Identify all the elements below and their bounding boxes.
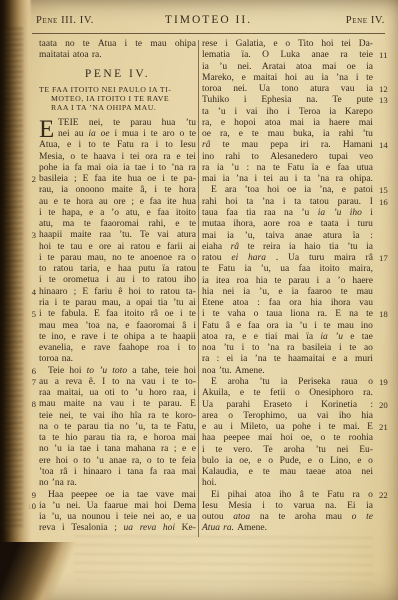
- line-text: TEIEnei,teparauhua’tu: [58, 118, 196, 129]
- word: na: [93, 399, 102, 410]
- word: pepa: [270, 140, 288, 151]
- word: mai: [202, 231, 216, 242]
- word: ’u,: [51, 512, 61, 523]
- word: â: [182, 321, 186, 332]
- word: na,: [107, 321, 118, 332]
- word: o: [268, 456, 273, 467]
- word: te: [366, 309, 373, 320]
- word: area: [202, 411, 218, 422]
- text-line: raia’u:nateFatuïaefaautua: [202, 163, 392, 174]
- line-text: haapiimaiteraa’tu.Tevaiatura: [39, 230, 196, 241]
- word: ra.: [67, 478, 77, 489]
- running-head-title: TIMOTEO II.: [165, 14, 252, 26]
- word: i: [162, 174, 165, 185]
- line-text: toroanei.Uatonoaturavauia: [202, 84, 373, 95]
- word: i: [132, 399, 135, 410]
- word: te: [341, 287, 348, 298]
- word: lematia: [202, 50, 230, 61]
- word: :: [257, 298, 260, 309]
- column-divider: [198, 40, 199, 537]
- word: ara: [225, 185, 237, 196]
- word: hoi.: [202, 478, 217, 489]
- word: ra,: [220, 129, 230, 140]
- word: i: [62, 523, 65, 534]
- line-text: eauiMileto,uapoheitemai.E: [202, 422, 373, 433]
- text-line: noa’tuito’narabasileiaiteao: [202, 343, 392, 354]
- word: ia: [241, 354, 248, 365]
- word: te: [216, 445, 223, 456]
- word: noa: [202, 366, 216, 377]
- word: au: [305, 73, 314, 84]
- line-text: itehapa,ea’oatu,efaaitoito: [39, 208, 196, 219]
- word: ’u: [219, 62, 227, 73]
- word: feia: [182, 456, 196, 467]
- chapter-body: ETEIEnei,teparauhua’tuneiauiaoeimuaitear…: [24, 118, 196, 535]
- word: parau: [288, 276, 309, 287]
- word: ma: [63, 219, 75, 230]
- word: faa: [269, 298, 281, 309]
- text-line: maiia’u,taivaanaeaturaïa:: [202, 231, 392, 242]
- word: te: [274, 354, 281, 365]
- line-text: auarevaê.Itonavauiteto-: [39, 377, 196, 388]
- text-line: 10ia’unei.UafaaruemaihoiDema: [24, 501, 196, 512]
- verse-number-empty: [373, 467, 392, 478]
- word: hoi: [321, 39, 333, 50]
- word: faarue: [104, 501, 128, 512]
- word: ia: [122, 490, 129, 501]
- word: te: [162, 411, 169, 422]
- line-text: itevahaotaualionara.Enate: [202, 309, 373, 320]
- word: e: [54, 197, 58, 208]
- word: mai: [258, 433, 272, 444]
- word: te: [349, 343, 356, 354]
- word: parau.: [158, 399, 181, 410]
- word: ia: [286, 321, 293, 332]
- word: ore: [99, 242, 111, 253]
- word: na: [39, 422, 48, 433]
- text-line: ratoueihara.Uaturumairarâ17: [202, 253, 392, 264]
- word: te: [312, 490, 319, 501]
- text-line: ia’u,uanounouiteieneiao,eua: [24, 512, 196, 523]
- word: tahe,: [142, 366, 160, 377]
- word: o: [352, 512, 357, 523]
- word: ua: [280, 264, 289, 275]
- text-line: ia’unei.Arataiatoamaioeia: [202, 62, 392, 73]
- verse-number: 15: [373, 185, 392, 196]
- verse-number-empty: [373, 433, 392, 444]
- word: ora: [145, 152, 157, 163]
- word: â: [300, 490, 304, 501]
- word: oe: [165, 309, 174, 320]
- word: a: [132, 366, 136, 377]
- word: o: [319, 456, 324, 467]
- verse-number-empty: [373, 388, 392, 399]
- header-rule: [32, 33, 385, 34]
- summary-line: RAA I TA ’NA OHIPA MAU.: [24, 103, 196, 112]
- word: raa,: [173, 388, 187, 399]
- word: itea: [216, 276, 230, 287]
- text-line: eauiMileto,uapoheitemai.E21: [202, 422, 392, 433]
- text-line: atoara,eetiaimaiïaia’uetae: [202, 332, 392, 343]
- word: hora: [76, 197, 93, 208]
- word: parau: [84, 433, 105, 444]
- word: o: [179, 129, 184, 140]
- word: ra: [148, 411, 155, 422]
- word: Akuila,: [202, 388, 230, 399]
- text-line: tatehioparautiara,ehoroamai: [24, 433, 196, 444]
- word: haamaitai: [288, 354, 325, 365]
- word: i: [230, 422, 233, 433]
- word: turu: [309, 253, 324, 264]
- word: to: [121, 388, 128, 399]
- word: vai: [157, 230, 169, 241]
- word: i: [118, 467, 121, 478]
- word: haapii: [173, 332, 196, 343]
- verse-number-empty: [373, 152, 392, 163]
- word: E: [82, 287, 88, 298]
- text-line: itehapa,ea’oatu,efaaitoito: [24, 208, 196, 219]
- word: E: [335, 309, 341, 320]
- word: e: [125, 321, 129, 332]
- verse-number-empty: [373, 264, 392, 275]
- word: e: [72, 332, 76, 343]
- text-line: eiaharâtereiraiahaiotia’tuia: [202, 242, 392, 253]
- text-line: areaoTerophimo,uavaiihohia: [202, 411, 392, 422]
- word: i: [39, 208, 42, 219]
- word: ihora,: [233, 219, 255, 230]
- line-text: Mesia,otehaavaiteioraraetei: [39, 152, 196, 163]
- word: faa: [226, 208, 238, 219]
- line-text: naoteparautiano’u,tateFatu,: [39, 422, 196, 433]
- word: te: [65, 422, 72, 433]
- line-text: haapeepeemaihoioe,oteroohia: [202, 433, 373, 444]
- summary-line: MOTEO, IA ITOITO I TE RAVE: [24, 94, 196, 103]
- word: ’tu: [259, 377, 269, 388]
- line-text: Kalaudia,etemautaeaeatoanei: [202, 467, 373, 478]
- text-line: TuhikoiEphesiana.Tepute13: [202, 95, 392, 106]
- verse-number-empty: [373, 231, 392, 242]
- text-line: 7auarevaê.Itonavauiteto-: [24, 377, 196, 388]
- showthrough-texture: [74, 535, 373, 583]
- word: maitai,: [57, 388, 83, 399]
- word: au: [279, 174, 288, 185]
- word: ’tu: [186, 118, 196, 129]
- word: haa: [118, 264, 131, 275]
- word: ra: [178, 253, 185, 264]
- verse-number: 20: [373, 400, 392, 411]
- word: haere: [352, 276, 373, 287]
- word: ua: [187, 512, 196, 523]
- page: Pene III. IV. TIMOTEO II. Pene IV. taata…: [24, 0, 393, 600]
- line-text: buloiaoe,eoPude,eoLino,eo: [202, 456, 373, 467]
- line-text: teino,eraveiteohipaatehaapii: [39, 332, 196, 343]
- word: i: [55, 298, 58, 309]
- word: ra: [202, 163, 209, 174]
- word: faahope: [119, 343, 149, 354]
- line-text: tatehioparautiara,ehoroamai: [39, 433, 196, 444]
- word: e: [89, 208, 93, 219]
- verse-number: 18: [373, 309, 392, 320]
- word: tia: [111, 433, 121, 444]
- word: ’na: [267, 343, 279, 354]
- word: e: [89, 242, 93, 253]
- word: ino: [202, 152, 214, 163]
- word: e: [242, 73, 246, 84]
- word: ra: [340, 50, 347, 61]
- word: noa: [202, 343, 216, 354]
- line-text: oera,etemaubuka,iarahi’tu: [202, 129, 373, 140]
- word: e: [182, 444, 186, 455]
- word: fa: [74, 163, 81, 174]
- word: ’u,: [261, 264, 271, 275]
- word: na.: [325, 501, 336, 512]
- line-text: revaiTesalonia;uarevahoiKe-: [39, 523, 196, 534]
- line-text: evanelia,eravefaahoperoaito: [39, 343, 196, 354]
- word: o: [254, 309, 259, 320]
- text-line: oera,etemaubuka,iarahi’tu: [202, 129, 392, 140]
- word: to: [112, 377, 119, 388]
- text-line: atu,matefaaoromairahi,ete: [24, 219, 196, 230]
- word: hoi: [226, 197, 238, 208]
- line-text: maiia’naiteiauita’naraohipa.: [202, 174, 373, 185]
- word: Amene.: [235, 366, 265, 377]
- word: Fatu: [287, 163, 304, 174]
- word: to: [83, 456, 90, 467]
- word: hoi: [39, 242, 51, 253]
- word: te: [366, 73, 373, 84]
- line-text: neiauiaoeimuaitearoote: [58, 129, 196, 140]
- text-line: toratoutaria,ehaaputuïaratou: [24, 264, 196, 275]
- word: mai: [285, 332, 299, 343]
- word: hua: [182, 197, 196, 208]
- word: pohe: [292, 422, 310, 433]
- word: aro: [162, 129, 174, 140]
- line-text: ia’u,uanounouiteieneiao,eua: [39, 512, 196, 523]
- word: a: [100, 208, 104, 219]
- word: ratou: [131, 242, 151, 253]
- word: vero.: [233, 445, 252, 456]
- text-columns: taatanoteAtuaitemauohipamaitataiatoara.P…: [24, 39, 393, 537]
- word: ra,: [127, 433, 137, 444]
- verse-number-empty: [373, 445, 392, 456]
- word: to: [39, 264, 46, 275]
- word: ’o: [111, 208, 119, 219]
- word: te: [223, 140, 230, 151]
- word: hio: [65, 433, 77, 444]
- word: te: [170, 456, 177, 467]
- line-text: TuhikoiEphesiana.Tepute: [202, 95, 373, 106]
- word: ia: [292, 287, 299, 298]
- word: ai: [117, 242, 124, 253]
- word: hoi: [267, 185, 279, 196]
- word: Fatu: [218, 264, 235, 275]
- word: ratou: [54, 264, 74, 275]
- word: ra.: [92, 50, 102, 61]
- word: nei.: [66, 501, 80, 512]
- word: Luka: [280, 50, 300, 61]
- word: mai: [202, 174, 216, 185]
- text-line: taatanoteAtuaitemauohipa: [24, 39, 196, 50]
- word: ia: [329, 107, 336, 118]
- text-line: 3haapiimaiteraa’tu.Tevaiatura: [24, 230, 196, 241]
- word: nounou: [82, 512, 111, 523]
- line-text: ra,ehopoiatoamaiiahaeremai: [202, 118, 373, 129]
- word: ei: [231, 253, 238, 264]
- word: mai: [290, 118, 304, 129]
- line-text: noa’tu.Amene.: [202, 366, 373, 377]
- word: vave: [156, 490, 174, 501]
- word: ia: [202, 276, 209, 287]
- word: te: [254, 388, 261, 399]
- word: hoi: [129, 287, 141, 298]
- text-line: Akuila,etefetiioOnesiphorora.: [202, 388, 392, 399]
- word: ao: [364, 343, 373, 354]
- word: reira: [263, 242, 280, 253]
- word: ra: [336, 174, 343, 185]
- word: e: [350, 332, 354, 343]
- line-text: iteorometuaiauitoratouiho: [39, 275, 196, 286]
- word: iho: [279, 490, 291, 501]
- line-text: inorahitoAlesanederotupaiveo: [202, 152, 373, 163]
- word: ’u: [218, 107, 226, 118]
- line-text: Earoha’tuiaPerisekarauao: [202, 377, 373, 388]
- word: i: [96, 444, 99, 455]
- word: i: [122, 152, 125, 163]
- word: te: [273, 163, 280, 174]
- text-line: itevero.Tearoha’tuneiEu-: [202, 445, 392, 456]
- line-text: mutaaihora,aoreroaetaataituru: [202, 219, 373, 230]
- word: ’u: [96, 456, 104, 467]
- word: oti: [105, 388, 115, 399]
- word: i: [242, 343, 245, 354]
- word: haava: [94, 152, 116, 163]
- word: ria: [39, 298, 49, 309]
- word: Korinetia: [321, 400, 357, 411]
- word: e: [278, 287, 282, 298]
- word: O: [262, 50, 269, 61]
- word: Iesu: [180, 140, 196, 151]
- text-line: 5itefabula.Efaaitoitorâoeite: [24, 309, 196, 320]
- word: te: [329, 422, 336, 433]
- word: itoito: [320, 264, 340, 275]
- word: ora: [267, 321, 279, 332]
- word: evanelia,: [39, 343, 73, 354]
- verse-number-empty: [373, 242, 392, 253]
- word: haere: [329, 118, 350, 129]
- word: o: [147, 456, 152, 467]
- word: te: [57, 242, 64, 253]
- line-text: raia’u:nateFatuïaefaautua: [202, 163, 373, 174]
- word: basileia: [302, 343, 331, 354]
- word: ite: [167, 197, 177, 208]
- word: e: [177, 512, 181, 523]
- text-line: maumea’toana,efaaoromaiâi: [24, 321, 196, 332]
- word: mai: [182, 467, 196, 478]
- running-head: Pene III. IV. TIMOTEO II. Pene IV.: [24, 15, 393, 29]
- word: taua: [266, 309, 282, 320]
- word: ’na: [336, 73, 348, 84]
- line-text: ta’uivaiihoiTeroaiaKarepo: [202, 107, 373, 118]
- word: vai: [317, 411, 329, 422]
- word: Onesiphoro: [309, 388, 353, 399]
- word: Ephesia: [261, 95, 291, 106]
- word: ’u,: [259, 287, 269, 298]
- line-text: Atua,eitoteFaturaitoIesu: [39, 140, 196, 151]
- word: ratou: [160, 287, 180, 298]
- word: rahi,: [148, 219, 165, 230]
- verse-number-empty: [373, 118, 392, 129]
- word: ratou: [176, 264, 196, 275]
- word: te: [263, 467, 270, 478]
- word: Ua: [259, 84, 270, 95]
- verse-number-empty: [373, 354, 392, 365]
- word: tae: [137, 490, 148, 501]
- word: a: [326, 276, 330, 287]
- word: Pude,: [280, 456, 301, 467]
- word: raa: [99, 230, 111, 241]
- word: ia: [88, 129, 95, 140]
- word: turu: [358, 219, 373, 230]
- word: tatou: [310, 197, 329, 208]
- text-line: lematiaïa.OLukaanaerateie11: [202, 50, 392, 61]
- word: rave: [94, 343, 110, 354]
- word: roohia: [349, 433, 373, 444]
- word: ia: [320, 332, 327, 343]
- word: to: [88, 140, 95, 151]
- word: tana: [105, 444, 121, 455]
- word: Teroa: [299, 107, 321, 118]
- word: pohe: [39, 163, 57, 174]
- word: mai: [359, 118, 373, 129]
- word: ê.: [89, 377, 96, 388]
- line-text: tauafaatiaraana’uia’uihoi: [202, 208, 373, 219]
- word: o: [295, 388, 300, 399]
- text-line: naoteparautiano’u,tateFatu,: [24, 422, 196, 433]
- line-text: itefabula.Efaaitoitorâoeite: [39, 309, 196, 320]
- word: au: [39, 197, 48, 208]
- word: ’tu: [173, 298, 183, 309]
- word: ra: [287, 343, 294, 354]
- word: râ: [151, 309, 158, 320]
- word: Karepo: [345, 107, 373, 118]
- word: Tito: [298, 39, 314, 50]
- word: tau: [71, 242, 83, 253]
- verse-number-empty: [373, 39, 392, 50]
- word: ia: [323, 129, 330, 140]
- word: buka,: [293, 129, 314, 140]
- word: tae: [80, 444, 91, 455]
- word: pa-: [184, 174, 196, 185]
- word: ia: [217, 163, 224, 174]
- word: hoi: [163, 523, 175, 534]
- word: maitatai: [39, 50, 70, 61]
- word: te: [135, 39, 142, 50]
- word: i: [202, 445, 205, 456]
- word: itoito: [176, 208, 196, 219]
- verse-number-empty: [373, 478, 392, 489]
- word: e: [176, 152, 180, 163]
- word: toto: [112, 366, 127, 377]
- running-head-right: Pene IV.: [346, 15, 385, 26]
- word: ia: [63, 163, 70, 174]
- word: Tuhiko: [202, 95, 229, 106]
- word: mau: [357, 287, 373, 298]
- word: ïa: [162, 264, 169, 275]
- word: nei: [143, 512, 155, 523]
- word: te: [49, 275, 56, 286]
- word: te: [274, 276, 281, 287]
- word: iho: [350, 208, 362, 219]
